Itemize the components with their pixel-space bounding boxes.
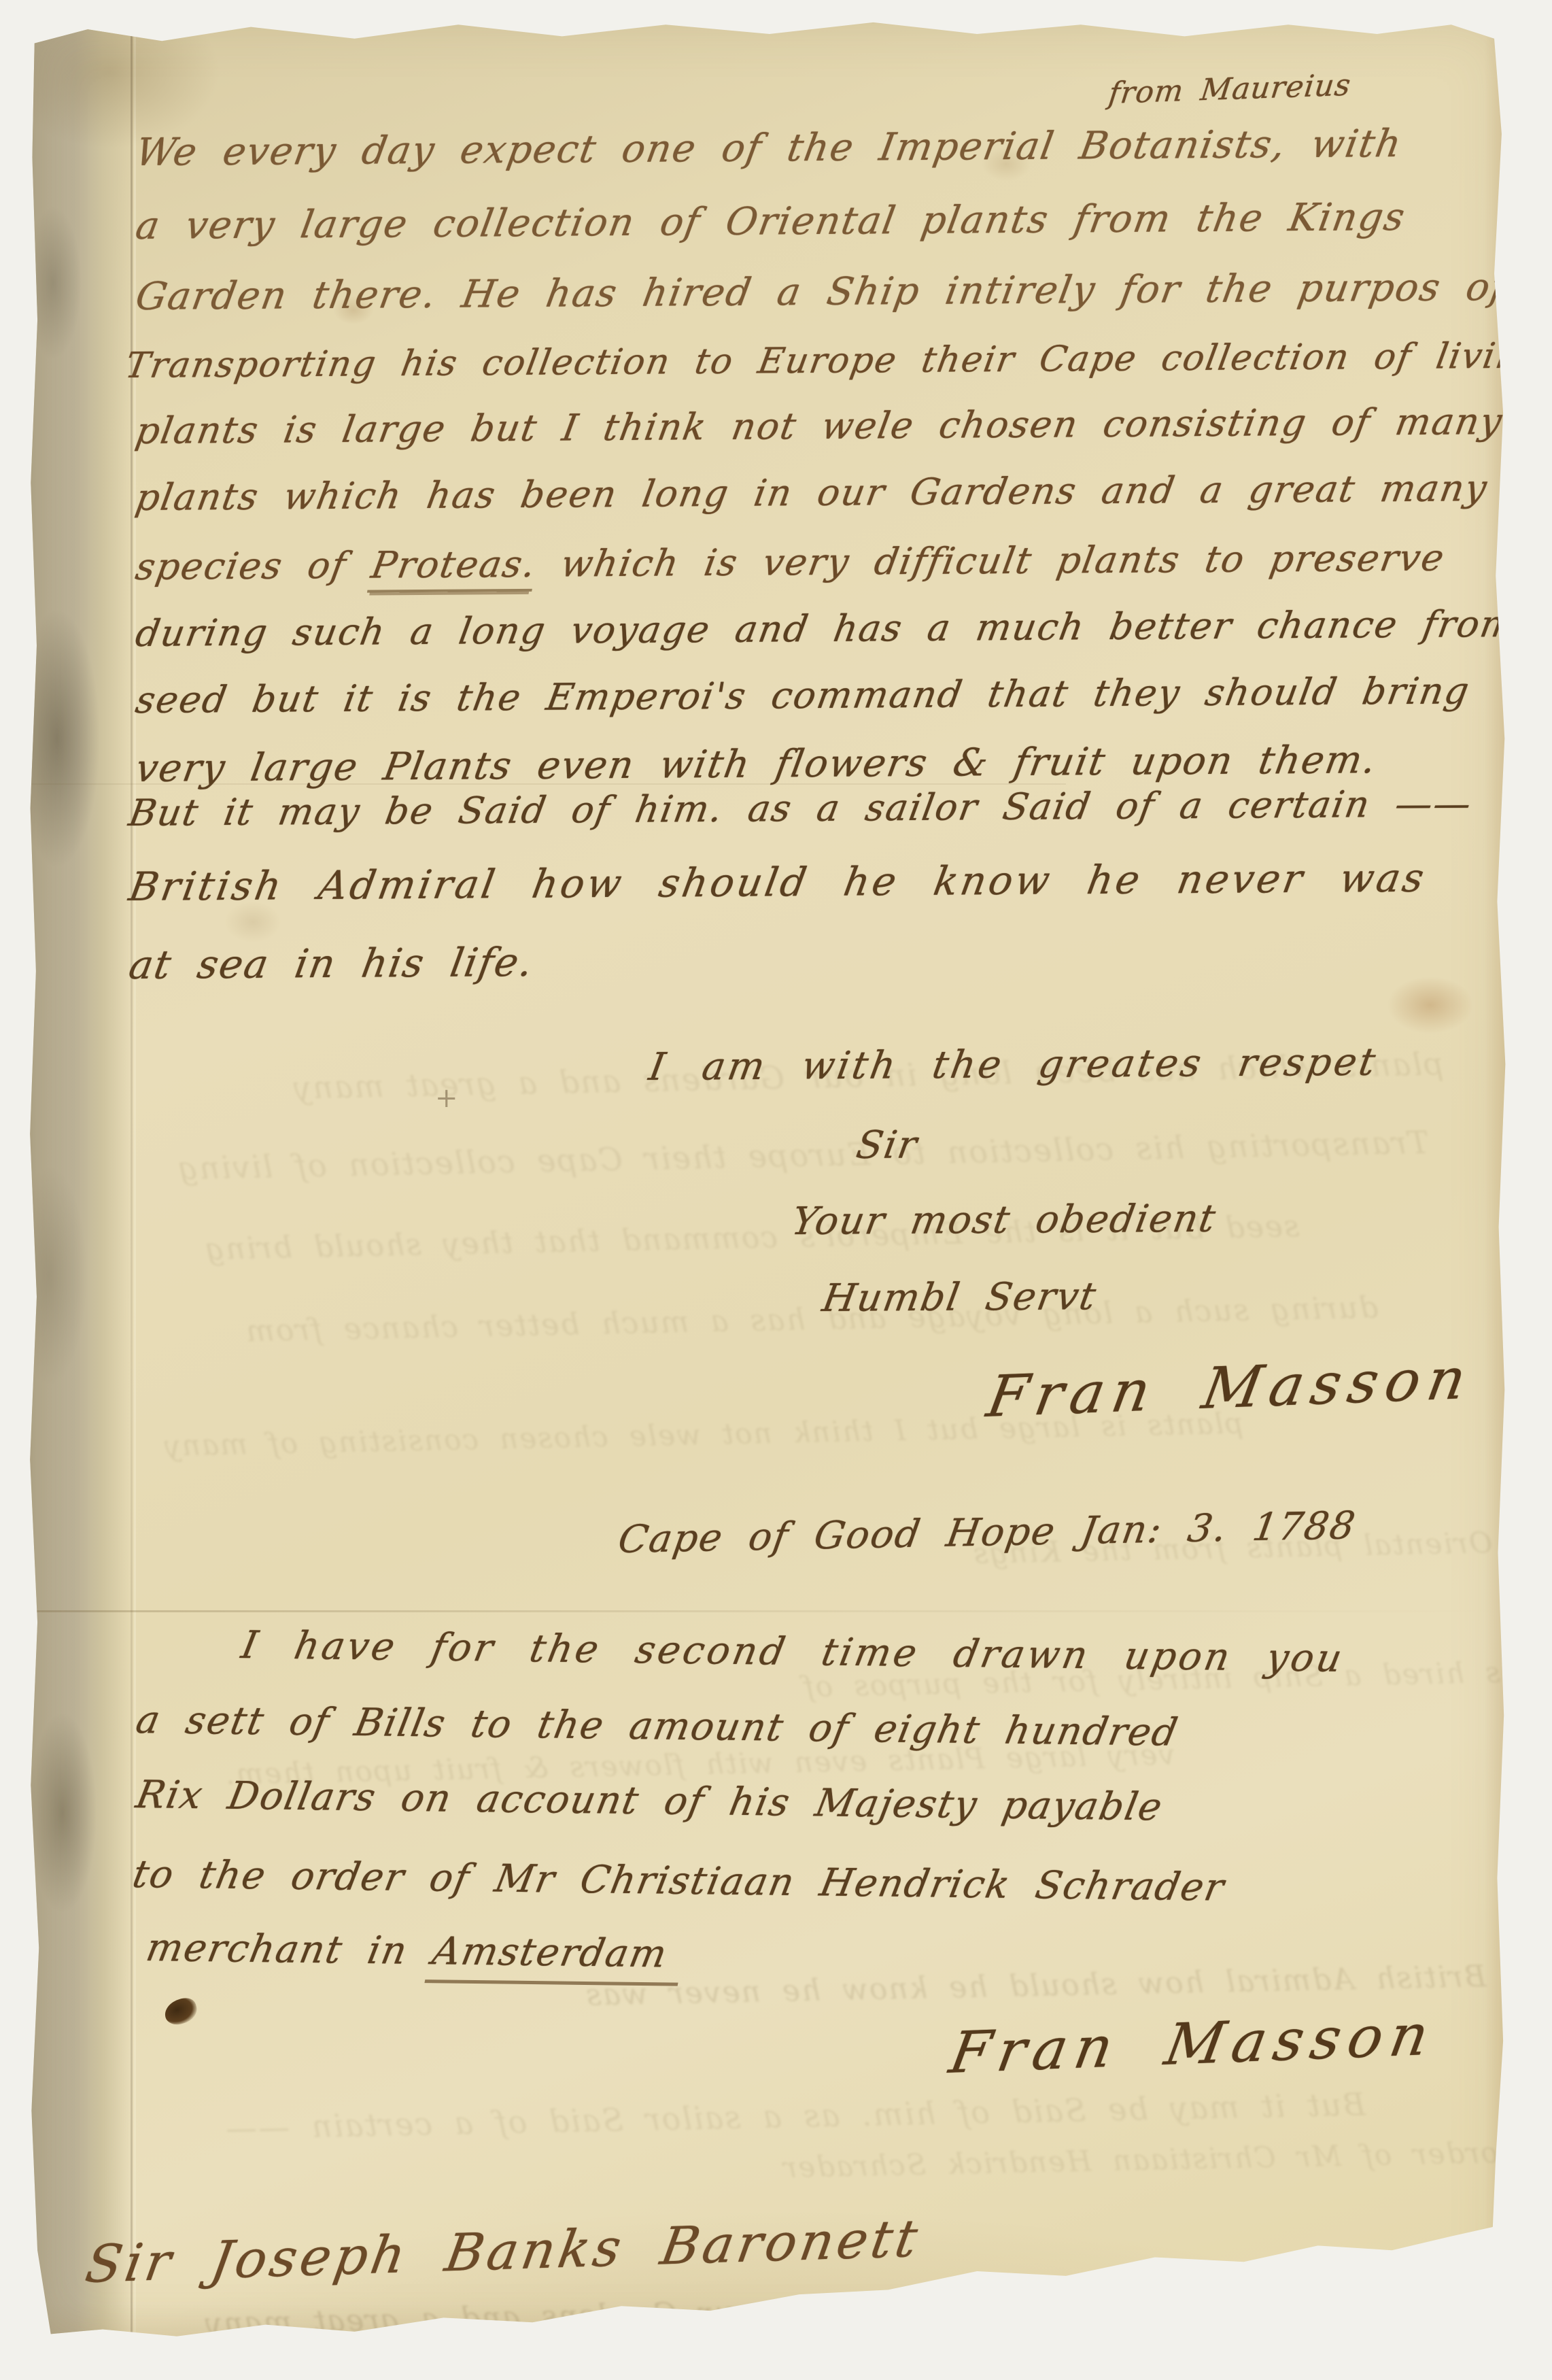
letter-page: plants which has been long in our Garden… — [29, 18, 1511, 2343]
edge-vignette — [29, 18, 1511, 2343]
